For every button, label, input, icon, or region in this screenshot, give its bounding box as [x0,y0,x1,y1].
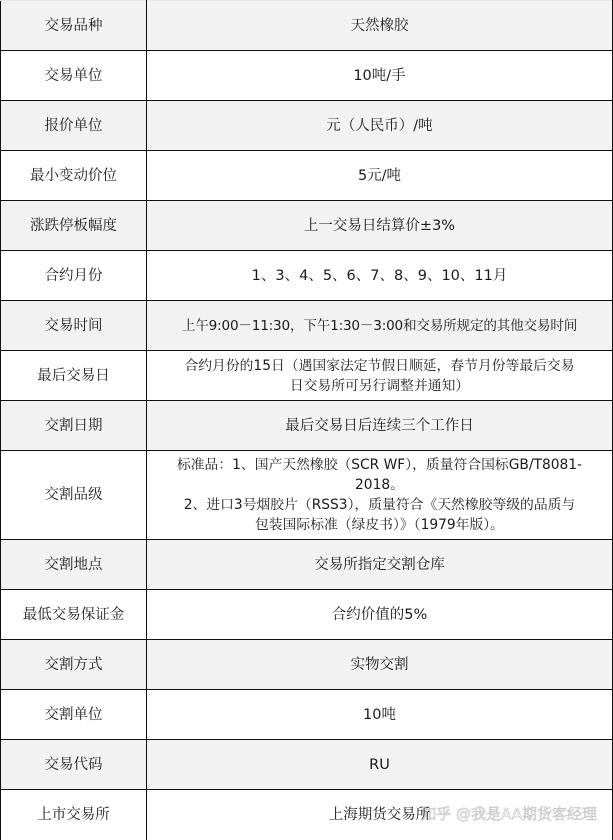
row-value: 实物交割 [147,640,613,690]
value-line: 标准品：1、国产天然橡胶（SCR WF），质量符合国标GB/T8081- [153,455,606,475]
row-value: 10吨/手 [147,51,613,101]
table-row: 最后交易日合约月份的15日（遇国家法定节假日顺延，春节月份等最后交易日交易所可另… [1,351,613,401]
value-line: 天然橡胶 [151,16,608,36]
row-label: 合约月份 [1,251,147,301]
row-value: 上一交易日结算价±3% [147,201,613,251]
row-label: 最低交易保证金 [1,590,147,640]
row-label: 报价单位 [1,101,147,151]
table-row: 交易时间上午9:00－11:30，下午1:30－3:00和交易所规定的其他交易时… [1,301,613,351]
table-row: 交割地点交易所指定交割仓库 [1,540,613,590]
row-label: 涨跌停板幅度 [1,201,147,251]
table-row: 合约月份1、3、4、5、6、7、8、9、10、11月 [1,251,613,301]
table-row: 交割日期最后交易日后连续三个工作日 [1,401,613,451]
row-label: 交易品种 [1,1,147,51]
row-label: 上市交易所 [1,790,147,840]
row-value: RU [147,740,613,790]
row-label: 交割品级 [1,451,147,540]
row-value: 1、3、4、5、6、7、8、9、10、11月 [147,251,613,301]
value-line: 5元/吨 [151,166,608,186]
row-label: 交易代码 [1,740,147,790]
table-row: 交易代码RU [1,740,613,790]
row-value: 天然橡胶 [147,1,613,51]
row-value: 交易所指定交割仓库 [147,540,613,590]
value-line: 合约月份的15日（遇国家法定节假日顺延，春节月份等最后交易 [153,356,606,376]
futures-contract-spec-table: 交易品种天然橡胶 交易单位10吨/手 报价单位元（人民币）/吨 最小变动价位5元… [0,0,613,840]
table-row: 交易品种天然橡胶 [1,1,613,51]
row-label: 最后交易日 [1,351,147,401]
value-line: 实物交割 [151,655,608,675]
table-row: 最低交易保证金合约价值的5% [1,590,613,640]
value-line: 10吨/手 [151,66,608,86]
row-label: 交割地点 [1,540,147,590]
value-line: 上一交易日结算价±3% [151,216,608,236]
row-value: 5元/吨 [147,151,613,201]
table-row: 报价单位元（人民币）/吨 [1,101,613,151]
row-label: 交易单位 [1,51,147,101]
row-label: 交割单位 [1,690,147,740]
row-label: 交易时间 [1,301,147,351]
row-value: 上海期货交易所 [147,790,613,840]
value-line: 元（人民币）/吨 [151,116,608,136]
value-line: 最后交易日后连续三个工作日 [151,416,608,436]
value-line: RU [151,755,608,775]
value-line: 上午9:00－11:30，下午1:30－3:00和交易所规定的其他交易时间 [148,316,611,336]
table-row: 最小变动价位5元/吨 [1,151,613,201]
row-value: 10吨 [147,690,613,740]
row-value: 元（人民币）/吨 [147,101,613,151]
value-line: 上海期货交易所 [151,805,608,825]
value-line: 2018。 [153,475,606,495]
value-line: 1、3、4、5、6、7、8、9、10、11月 [151,266,608,286]
row-value: 合约月份的15日（遇国家法定节假日顺延，春节月份等最后交易日交易所可另行调整并通… [147,351,613,401]
row-value: 标准品：1、国产天然橡胶（SCR WF），质量符合国标GB/T8081-2018… [147,451,613,540]
value-line: 日交易所可另行调整并通知） [153,376,606,396]
value-line: 2、进口3号烟胶片（RSS3），质量符合《天然橡胶等级的品质与 [153,495,606,515]
value-line: 合约价值的5% [151,605,608,625]
row-value: 合约价值的5% [147,590,613,640]
row-label: 最小变动价位 [1,151,147,201]
table-row: 交割品级标准品：1、国产天然橡胶（SCR WF），质量符合国标GB/T8081-… [1,451,613,540]
table-row: 上市交易所上海期货交易所 [1,790,613,840]
row-label: 交割方式 [1,640,147,690]
table-row: 交割单位10吨 [1,690,613,740]
value-line: 10吨 [151,705,608,725]
row-label: 交割日期 [1,401,147,451]
table-row: 涨跌停板幅度上一交易日结算价±3% [1,201,613,251]
row-value: 上午9:00－11:30，下午1:30－3:00和交易所规定的其他交易时间 [147,301,613,351]
value-line: 交易所指定交割仓库 [151,555,608,575]
spec-table-body: 交易品种天然橡胶 交易单位10吨/手 报价单位元（人民币）/吨 最小变动价位5元… [1,1,613,840]
value-line: 包装国际标准（绿皮书）》（1979年版）。 [153,515,606,535]
row-value: 最后交易日后连续三个工作日 [147,401,613,451]
table-row: 交割方式实物交割 [1,640,613,690]
table-row: 交易单位10吨/手 [1,51,613,101]
